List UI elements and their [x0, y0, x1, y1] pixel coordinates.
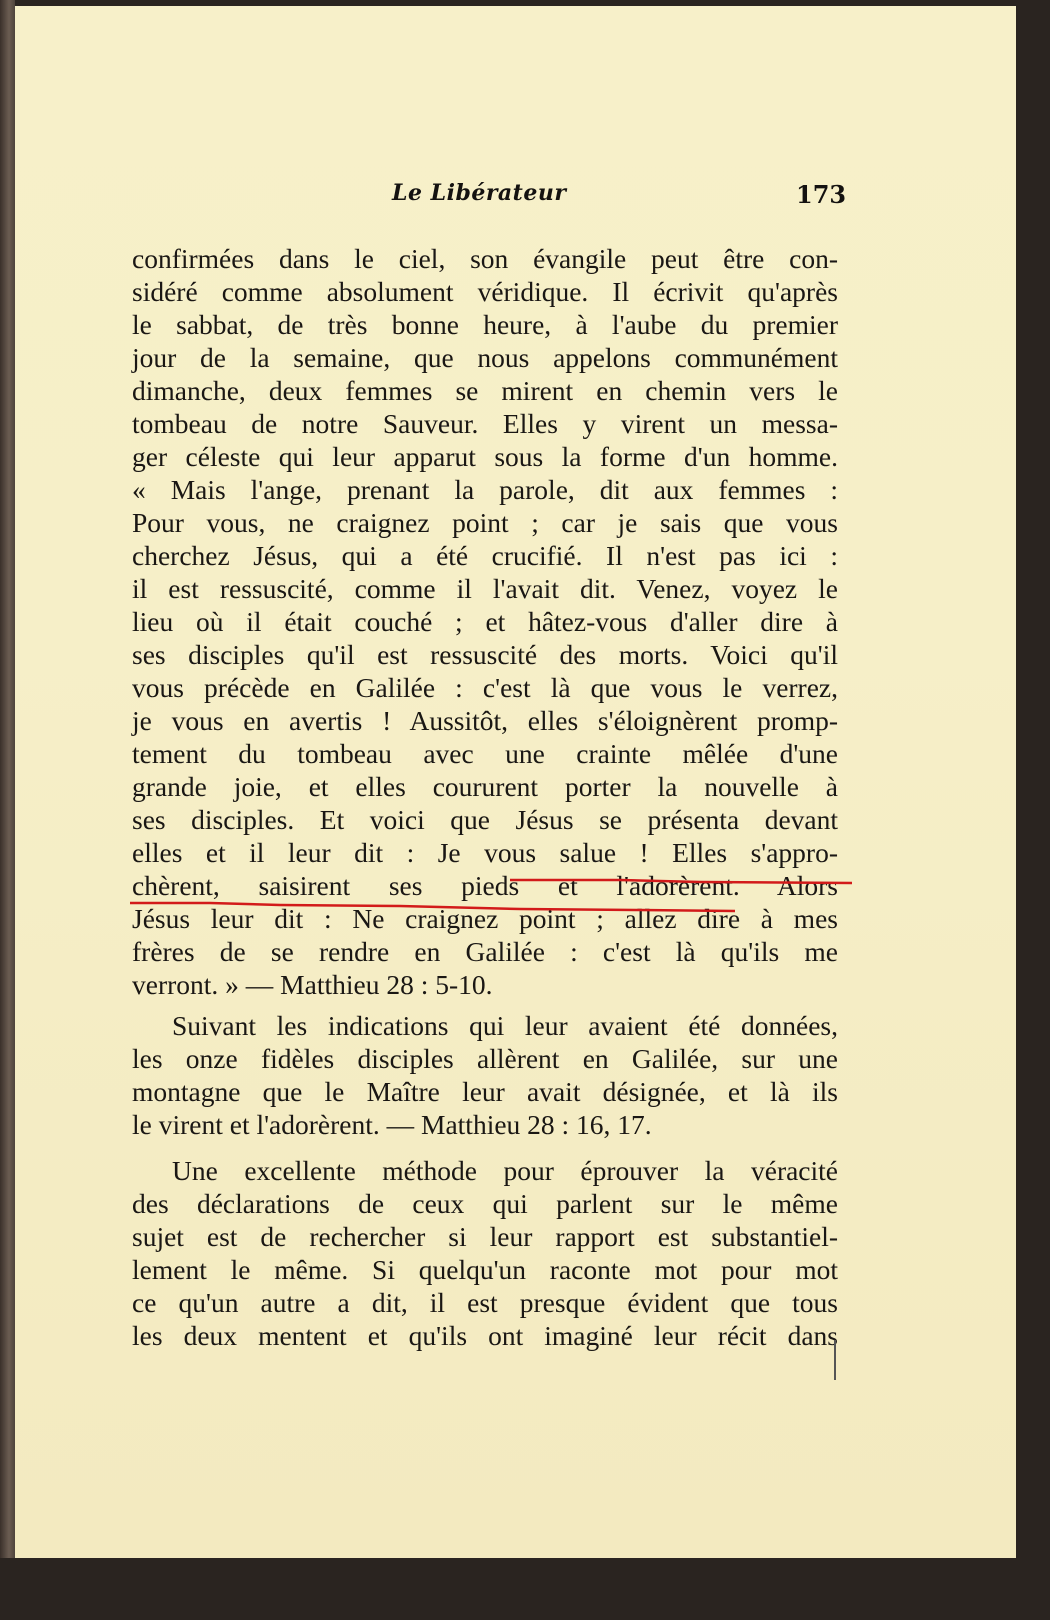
- text-line: Pour vous, ne craignez point ; car je sa…: [132, 507, 838, 539]
- text-line: vous précède en Galilée : c'est là que v…: [132, 672, 838, 704]
- text-line: il est ressuscité, comme il l'avait dit.…: [132, 573, 838, 605]
- text-line: dimanche, deux femmes se mirent en chemi…: [132, 375, 838, 407]
- text-line: Suivant les indications qui leur avaient…: [132, 1010, 838, 1042]
- page-number: 173: [796, 180, 846, 209]
- text-line: le sabbat, de très bonne heure, à l'aube…: [132, 309, 838, 341]
- text-line: Une excellente méthode pour éprouver la …: [132, 1155, 838, 1187]
- text-line: je vous en avertis ! Aussitôt, elles s'é…: [132, 705, 838, 737]
- running-title: Le Libérateur: [392, 180, 566, 206]
- text-line: le virent et l'adorèrent. — Matthieu 28 …: [132, 1109, 838, 1141]
- text-line: confirmées dans le ciel, son évangile pe…: [132, 243, 838, 275]
- text-line: grande joie, et elles coururent porter l…: [132, 771, 838, 803]
- text-line: tement du tombeau avec une crainte mêlée…: [132, 738, 838, 770]
- text-line: ger céleste qui leur apparut sous la for…: [132, 441, 838, 473]
- scan-border-bottom: [0, 1558, 1016, 1568]
- text-line: sidéré comme absolument véridique. Il éc…: [132, 276, 838, 308]
- text-line: verront. » — Matthieu 28 : 5-10.: [132, 969, 838, 1001]
- text-line: lement le même. Si quelqu'un raconte mot…: [132, 1254, 838, 1286]
- text-line: tombeau de notre Sauveur. Elles y virent…: [132, 408, 838, 440]
- text-line: elles et il leur dit : Je vous salue ! E…: [132, 837, 838, 869]
- text-line: Jésus leur dit : Ne craignez point ; all…: [132, 903, 838, 935]
- text-line: sujet est de rechercher si leur rapport …: [132, 1221, 838, 1253]
- text-line: chèrent, saisirent ses pieds et l'adorèr…: [132, 870, 838, 902]
- text-line: ce qu'un autre a dit, il est presque évi…: [132, 1287, 838, 1319]
- text-line: montagne que le Maître leur avait désign…: [132, 1076, 838, 1108]
- text-line: jour de la semaine, que nous appelons co…: [132, 342, 838, 374]
- text-line: ses disciples. Et voici que Jésus se pré…: [132, 804, 838, 836]
- text-line: « Mais l'ange, prenant la parole, dit au…: [132, 474, 838, 506]
- book-spine-edge: [0, 0, 15, 1568]
- text-line: lieu où il était couché ; et hâtez-vous …: [132, 606, 838, 638]
- text-line: les deux mentent et qu'ils ont imaginé l…: [132, 1320, 838, 1352]
- text-line: les onze fidèles disciples allèrent en G…: [132, 1043, 838, 1075]
- text-line: ses disciples qu'il est ressuscité des m…: [132, 639, 838, 671]
- text-line: des déclarations de ceux qui parlent sur…: [132, 1188, 838, 1220]
- text-line: cherchez Jésus, qui a été crucifié. Il n…: [132, 540, 838, 572]
- margin-mark: [834, 1340, 836, 1380]
- text-line: frères de se rendre en Galilée : c'est l…: [132, 936, 838, 968]
